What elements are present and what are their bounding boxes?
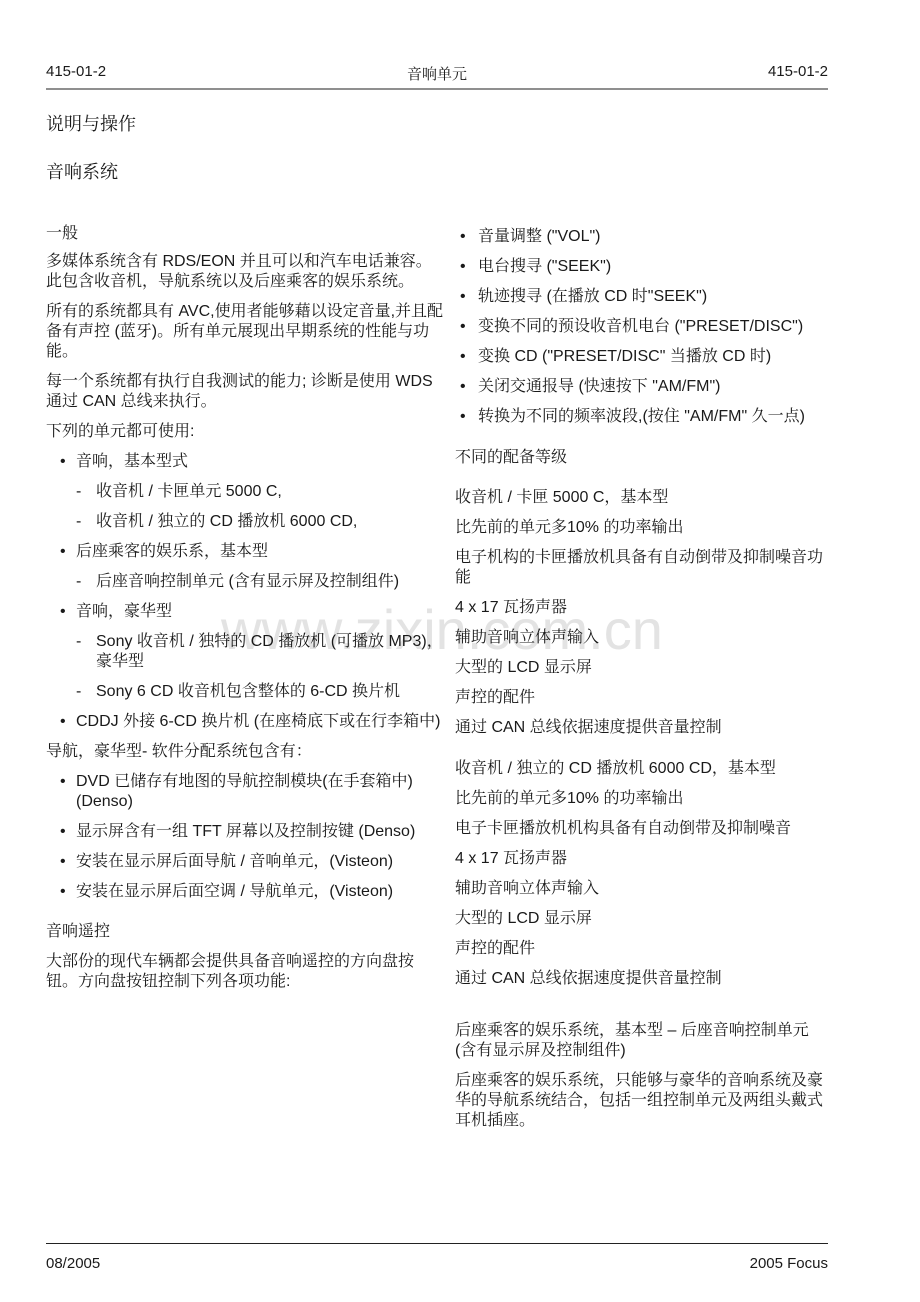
group1-line: 声控的配件	[455, 688, 833, 708]
bullet-item: • 关闭交通报导 (快速按下 "AM/FM")	[455, 377, 833, 397]
sub-bullet-text: 收音机 / 独立的 CD 播放机 6000 CD,	[96, 512, 444, 532]
sub-bullet-text: 收音机 / 卡匣单元 5000 C,	[96, 482, 444, 502]
group3-para: 后座乘客的娱乐系统，只能够与豪华的音响系统及豪华的导航系统结合，包括一组控制单元…	[455, 1071, 833, 1131]
bullet-text: 变换 CD ("PRESET/DISC" 当播放 CD 时)	[478, 347, 833, 367]
bullet-text: 音响，基本型式	[76, 452, 444, 472]
sub-bullet-item: - 收音机 / 独立的 CD 播放机 6000 CD,	[46, 512, 444, 532]
bullet-marker: •	[460, 257, 478, 277]
left-column: 一般 多媒体系统含有 RDS/EON 并且可以和汽车电话兼容。此包含收音机，导航…	[46, 224, 444, 1002]
heading-equipment-levels: 不同的配备等级	[455, 448, 833, 468]
group3-para: 后座乘客的娱乐系统，基本型 – 后座音响控制单元 (含有显示屏及控制组件)	[455, 1021, 833, 1061]
bullet-text: 显示屏含有一组 TFT 屏幕以及控制按键 (Denso)	[76, 822, 444, 842]
para-navigation-luxury: 导航，豪华型- 软件分配系统包含有：	[46, 742, 444, 762]
group2-title: 收音机 / 独立的 CD 播放机 6000 CD，基本型	[455, 759, 833, 779]
bullet-text: 安装在显示屏后面空调 / 导航单元，(Visteon)	[76, 882, 444, 902]
section-title-description-operation: 说明与操作	[46, 110, 136, 136]
sub-bullet-marker: -	[76, 682, 96, 702]
bullet-marker: •	[460, 287, 478, 307]
bullet-item: • 音响，基本型式	[46, 452, 444, 472]
bullet-text: 轨迹搜寻 (在播放 CD 时"SEEK")	[478, 287, 833, 307]
bullet-marker: •	[460, 227, 478, 247]
bullet-marker: •	[460, 317, 478, 337]
bullet-text: 电台搜寻 ("SEEK")	[478, 257, 833, 277]
group1-title: 收音机 / 卡匣 5000 C，基本型	[455, 488, 833, 508]
bullet-item: • 安装在显示屏后面空调 / 导航单元，(Visteon)	[46, 882, 444, 902]
sub-bullet-text: Sony 6 CD 收音机包含整体的 6-CD 换片机	[96, 682, 444, 702]
group2-line: 通过 CAN 总线依据速度提供音量控制	[455, 969, 833, 989]
bullet-item: • 音量调整 ("VOL")	[455, 227, 833, 247]
bullet-marker: •	[460, 377, 478, 397]
group1-line: 电子机构的卡匣播放机具备有自动倒带及抑制噪音功能	[455, 548, 833, 588]
sub-bullet-item: - 后座音响控制单元 (含有显示屏及控制组件)	[46, 572, 444, 592]
bullet-item: • 变换不同的预设收音机电台 ("PRESET/DISC")	[455, 317, 833, 337]
bullet-text: 变换不同的预设收音机电台 ("PRESET/DISC")	[478, 317, 833, 337]
group1-line: 通过 CAN 总线依据速度提供音量控制	[455, 718, 833, 738]
group2-line: 辅助音响立体声输入	[455, 879, 833, 899]
sub-bullet-item: - Sony 收音机 / 独特的 CD 播放机 (可播放 MP3)，豪华型	[46, 632, 444, 672]
sub-bullet-marker: -	[76, 482, 96, 502]
bullet-item: • 变换 CD ("PRESET/DISC" 当播放 CD 时)	[455, 347, 833, 367]
group2-line: 4 x 17 瓦扬声器	[455, 849, 833, 869]
sub-bullet-item: - 收音机 / 卡匣单元 5000 C,	[46, 482, 444, 502]
bullet-text: 音响，豪华型	[76, 602, 444, 622]
section-title-audio-system: 音响系统	[46, 158, 118, 184]
group1-line: 比先前的单元多10% 的功率输出	[455, 518, 833, 538]
heading-general: 一般	[46, 224, 444, 244]
group2-line: 声控的配件	[455, 939, 833, 959]
sub-bullet-marker: -	[76, 572, 96, 592]
right-column: • 音量调整 ("VOL") • 电台搜寻 ("SEEK") • 轨迹搜寻 (在…	[455, 227, 833, 1141]
footer-model: 2005 Focus	[46, 1255, 828, 1272]
group1-line: 大型的 LCD 显示屏	[455, 658, 833, 678]
bullet-marker: •	[460, 347, 478, 367]
bullet-item: • DVD 已储存有地图的导航控制模块(在手套箱中) (Denso)	[46, 772, 444, 812]
bullet-text: 关闭交通报导 (快速按下 "AM/FM")	[478, 377, 833, 397]
bullet-item: • 轨迹搜寻 (在播放 CD 时"SEEK")	[455, 287, 833, 307]
bullet-marker: •	[60, 852, 76, 872]
bullet-item: • 电台搜寻 ("SEEK")	[455, 257, 833, 277]
bullet-marker: •	[60, 602, 76, 622]
group1-line: 辅助音响立体声输入	[455, 628, 833, 648]
bullet-item: • 安装在显示屏后面导航 / 音响单元，(Visteon)	[46, 852, 444, 872]
bullet-marker: •	[60, 452, 76, 472]
bullet-text: 安装在显示屏后面导航 / 音响单元，(Visteon)	[76, 852, 444, 872]
para-steering-wheel: 大部份的现代车辆都会提供具备音响遥控的方向盘按钮。方向盘按钮控制下列各项功能:	[46, 952, 444, 992]
bullet-text: CDDJ 外接 6-CD 换片机 (在座椅底下或在行李箱中)	[76, 712, 444, 732]
sub-bullet-item: - Sony 6 CD 收音机包含整体的 6-CD 换片机	[46, 682, 444, 702]
para-selftest: 每一个系统都有执行自我测试的能力; 诊断是使用 WDS 通过 CAN 总线来执行…	[46, 372, 444, 412]
group2-line: 比先前的单元多10% 的功率输出	[455, 789, 833, 809]
para-avc: 所有的系统都具有 AVC,使用者能够藉以设定音量,并且配备有声控 (蓝牙)。所有…	[46, 302, 444, 362]
bullet-marker: •	[60, 712, 76, 732]
bullet-item: • 音响，豪华型	[46, 602, 444, 622]
sub-bullet-text: 后座音响控制单元 (含有显示屏及控制组件)	[96, 572, 444, 592]
header-divider	[46, 88, 828, 90]
bullet-marker: •	[460, 407, 478, 427]
bullet-text: 音量调整 ("VOL")	[478, 227, 833, 247]
bullet-item: • CDDJ 外接 6-CD 换片机 (在座椅底下或在行李箱中)	[46, 712, 444, 732]
bullet-marker: •	[60, 772, 76, 812]
para-multimedia: 多媒体系统含有 RDS/EON 并且可以和汽车电话兼容。此包含收音机，导航系统以…	[46, 252, 444, 292]
bullet-marker: •	[60, 882, 76, 902]
group1-line: 4 x 17 瓦扬声器	[455, 598, 833, 618]
bullet-text: 后座乘客的娱乐系，基本型	[76, 542, 444, 562]
group2-line: 大型的 LCD 显示屏	[455, 909, 833, 929]
bullet-marker: •	[60, 542, 76, 562]
para-units-available: 下列的单元都可使用:	[46, 422, 444, 442]
bullet-item: • 后座乘客的娱乐系，基本型	[46, 542, 444, 562]
bullet-item: • 转换为不同的频率波段,(按住 "AM/FM" 久一点)	[455, 407, 833, 427]
bullet-item: • 显示屏含有一组 TFT 屏幕以及控制按键 (Denso)	[46, 822, 444, 842]
bullet-marker: •	[60, 822, 76, 842]
bullet-text: 转换为不同的频率波段,(按住 "AM/FM" 久一点)	[478, 407, 833, 427]
header-page-number-right: 415-01-2	[46, 63, 828, 80]
sub-bullet-text: Sony 收音机 / 独特的 CD 播放机 (可播放 MP3)，豪华型	[96, 632, 444, 672]
sub-bullet-marker: -	[76, 632, 96, 672]
sub-bullet-marker: -	[76, 512, 96, 532]
bullet-text: DVD 已储存有地图的导航控制模块(在手套箱中) (Denso)	[76, 772, 444, 812]
group2-line: 电子卡匣播放机机构具备有自动倒带及抑制噪音	[455, 819, 833, 839]
heading-audio-remote: 音响遥控	[46, 922, 444, 942]
footer-divider	[46, 1243, 828, 1244]
